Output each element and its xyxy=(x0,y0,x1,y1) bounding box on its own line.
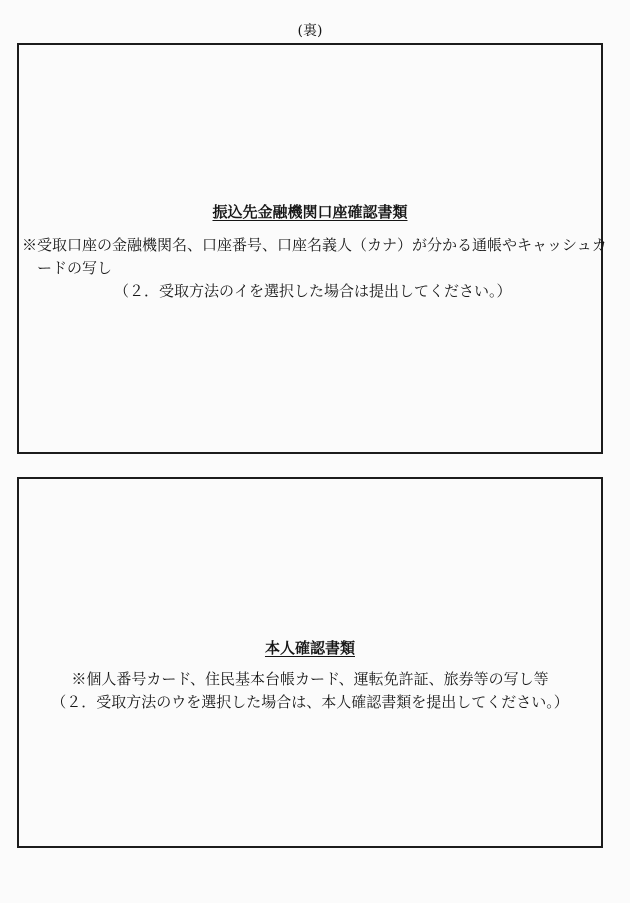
identity-condition-line: （２．受取方法のウを選択した場合は、本人確認書類を提出してください。） xyxy=(19,691,601,714)
identity-box-title-text: 本人確認書類 xyxy=(265,639,355,657)
bank-account-condition-line: （２．受取方法のイを選択した場合は提出してください。） xyxy=(114,280,601,303)
bank-account-note-line-2: ードの写し xyxy=(19,257,601,280)
identity-box-title: 本人確認書類 xyxy=(19,637,601,660)
bank-account-document-box: 振込先金融機関口座確認書類 ※受取口座の金融機関名、口座番号、口座名義人（カナ）… xyxy=(17,43,603,454)
bank-account-note-line-1: ※受取口座の金融機関名、口座番号、口座名義人（カナ）が分かる通帳やキャッシュカ xyxy=(19,234,601,257)
page-side-label: (裏) xyxy=(17,22,603,40)
document-page: (裏) 振込先金融機関口座確認書類 ※受取口座の金融機関名、口座番号、口座名義人… xyxy=(0,0,630,903)
bank-account-box-title-text: 振込先金融機関口座確認書類 xyxy=(212,203,407,221)
identity-note-line: ※個人番号カード、住民基本台帳カード、運転免許証、旅券等の写し等 xyxy=(19,668,601,691)
bank-account-box-title: 振込先金融機関口座確認書類 xyxy=(19,201,601,224)
identity-document-box: 本人確認書類 ※個人番号カード、住民基本台帳カード、運転免許証、旅券等の写し等 … xyxy=(17,477,603,848)
